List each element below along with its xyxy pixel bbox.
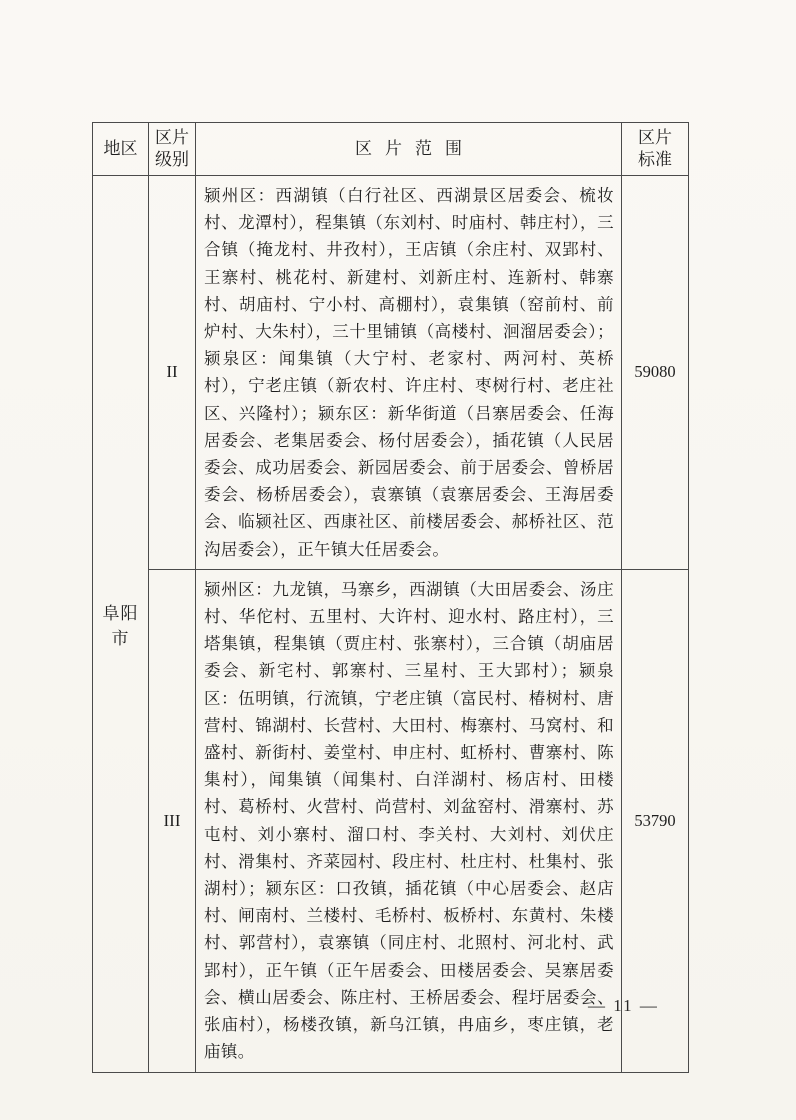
page-number: — 11 — — [588, 996, 659, 1016]
header-level: 区片 级别 — [149, 123, 196, 176]
table-header-row: 地区 区片 级别 区片范围 区片 标准 — [93, 123, 689, 176]
header-region: 地区 — [93, 123, 149, 176]
header-standard-line1: 区片 — [623, 127, 687, 149]
table-row-level-2: 阜阳市 II 颍州区：西湖镇（白行社区、西湖景区居委会、梳妆村、龙潭村），程集镇… — [93, 176, 689, 570]
document-page: 地区 区片 级别 区片范围 区片 标准 阜阳市 II 颍州区：西湖镇（白行社区、… — [0, 0, 796, 1120]
header-level-line2: 级别 — [150, 149, 194, 171]
level-cell-2: II — [149, 176, 196, 570]
scope-cell-2: 颍州区：西湖镇（白行社区、西湖景区居委会、梳妆村、龙潭村），程集镇（东刘村、时庙… — [196, 176, 622, 570]
land-zone-table: 地区 区片 级别 区片范围 区片 标准 阜阳市 II 颍州区：西湖镇（白行社区、… — [92, 122, 689, 1073]
header-standard-line2: 标准 — [623, 149, 687, 171]
header-scope: 区片范围 — [196, 123, 622, 176]
header-standard: 区片 标准 — [622, 123, 689, 176]
scope-cell-3: 颍州区：九龙镇，马寨乡，西湖镇（大田居委会、汤庄村、华佗村、五里村、大许村、迎水… — [196, 569, 622, 1072]
standard-cell-2: 59080 — [622, 176, 689, 570]
region-name-cell: 阜阳市 — [93, 176, 149, 1073]
level-cell-3: III — [149, 569, 196, 1072]
header-level-line1: 区片 — [150, 127, 194, 149]
